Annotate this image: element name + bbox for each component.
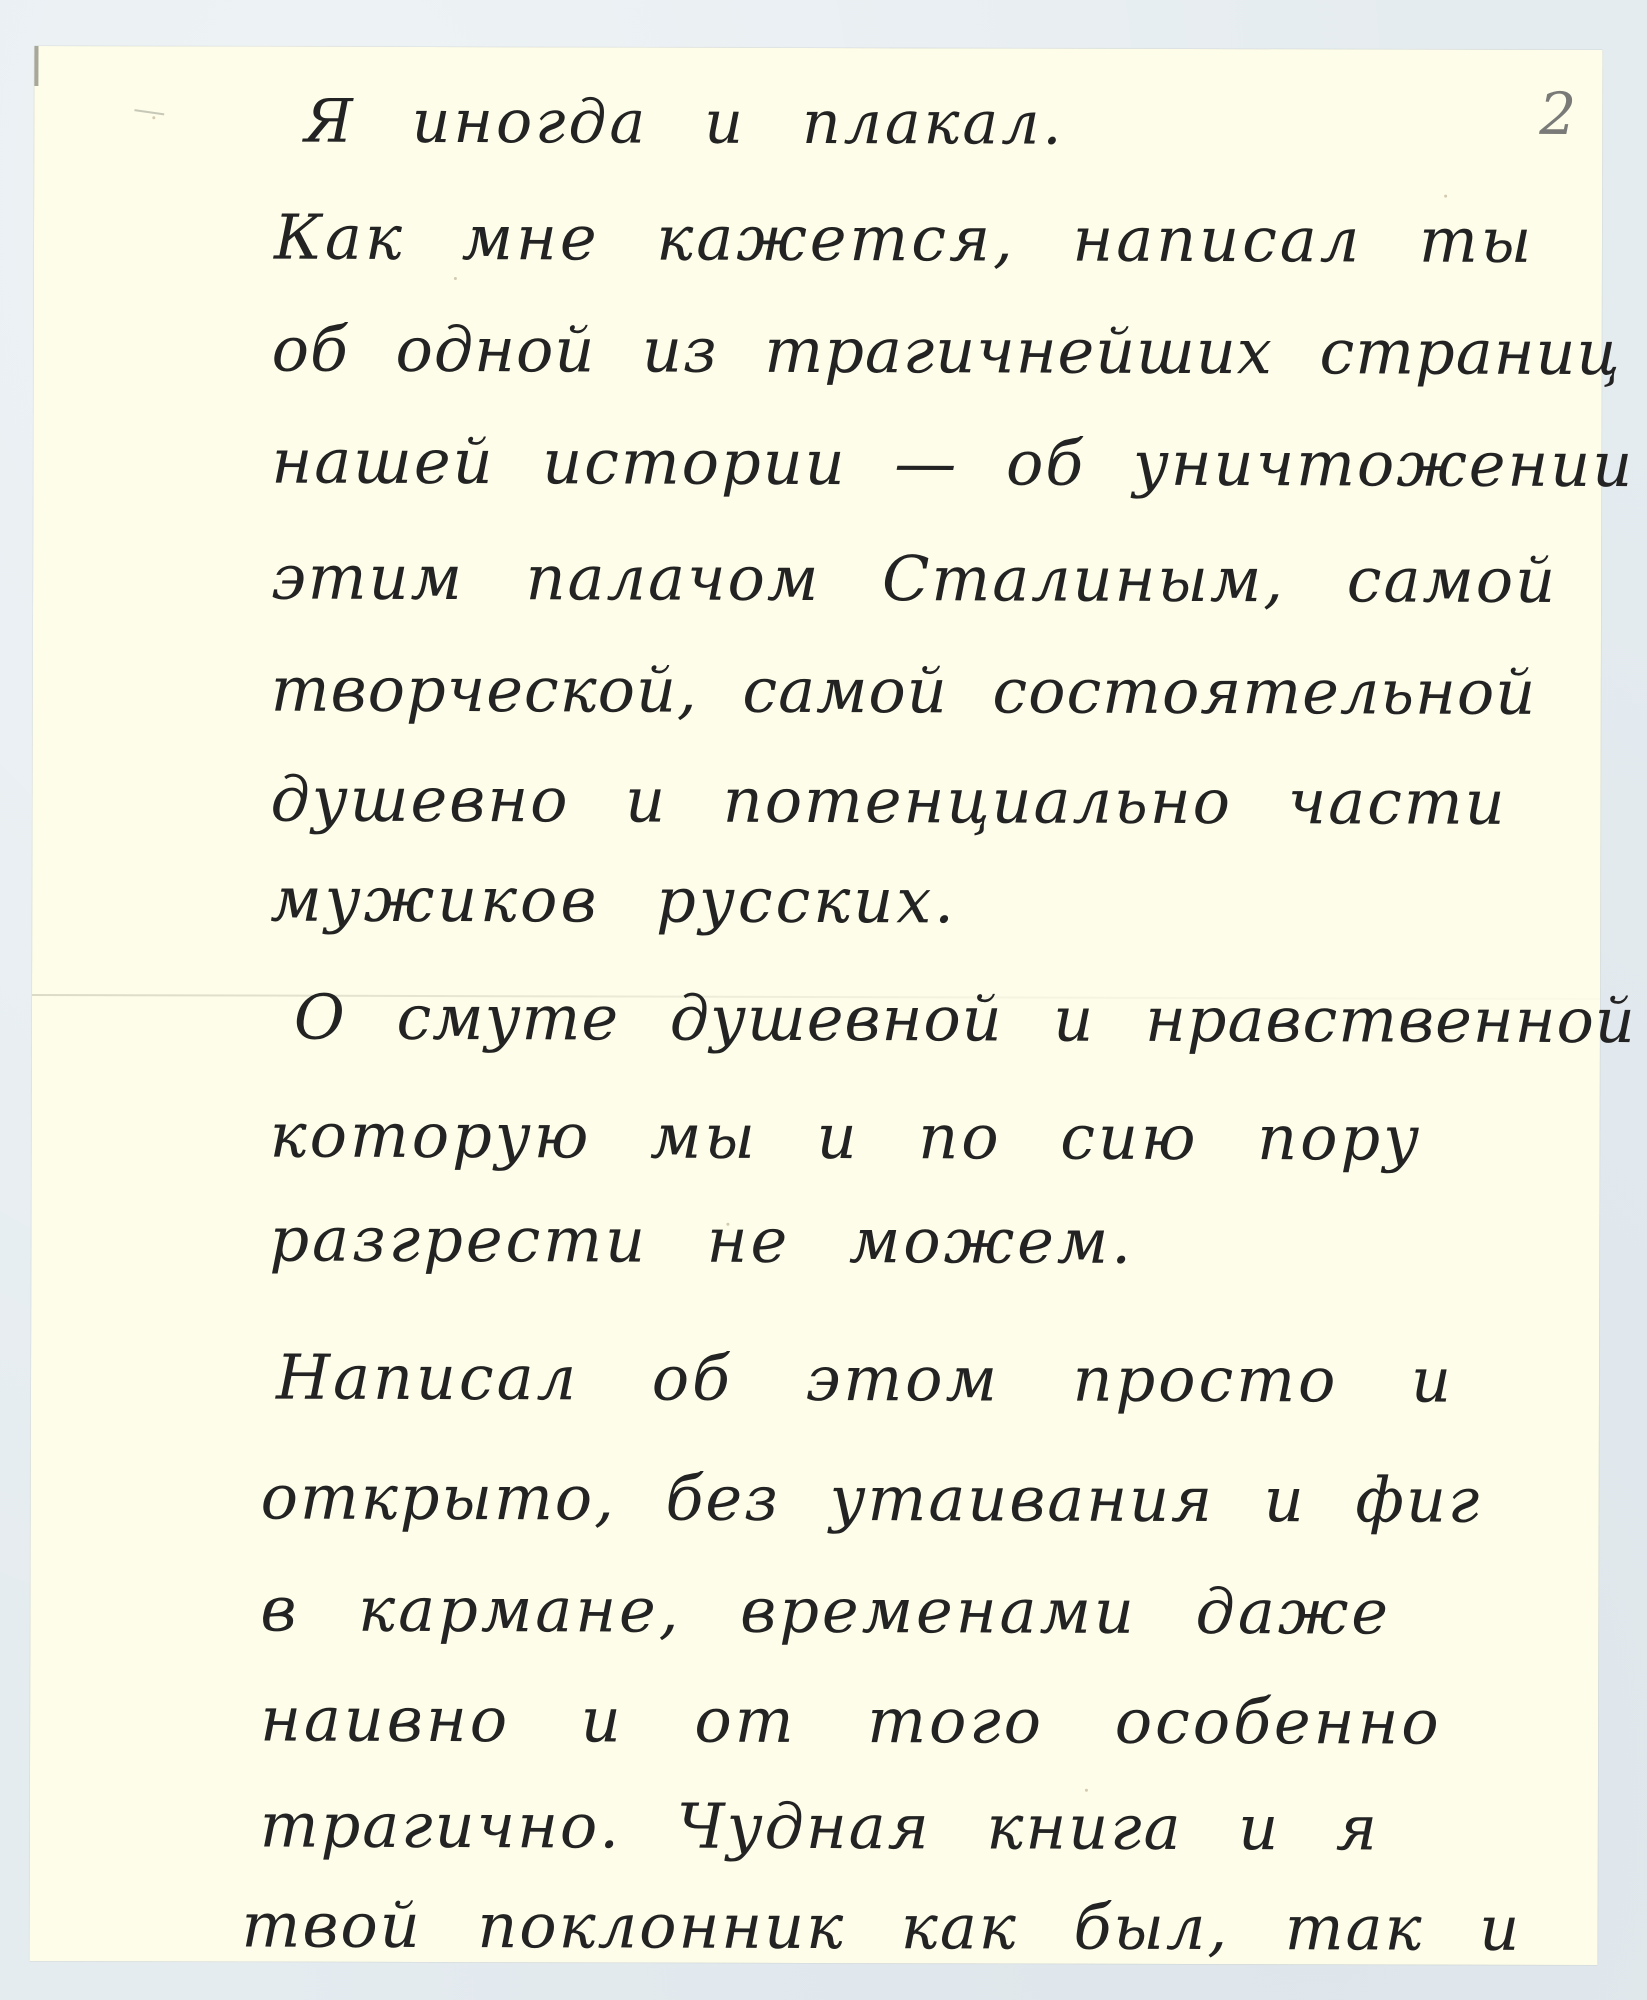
paper-speck — [152, 116, 155, 119]
page-number: 2 — [1539, 85, 1576, 143]
handwritten-line: О смуте душевной и нравственной — [294, 987, 1636, 1053]
handwritten-line: разгрести не можем. — [269, 1209, 1134, 1273]
handwritten-line: об одной из трагичнейших страниц — [272, 319, 1621, 385]
margin-pencil-mark — [134, 109, 164, 115]
handwritten-line: твой поклонник как был, так и — [242, 1894, 1522, 1959]
handwritten-line: в кармане, временами даже — [260, 1579, 1391, 1644]
paper-speck — [726, 1223, 729, 1226]
handwritten-line: творческой, самой состоятельной — [271, 659, 1537, 724]
paper-speck — [1085, 1789, 1088, 1792]
handwritten-line: этим палачом Сталиным, самой — [271, 547, 1557, 612]
handwritten-line: мужиков русских. — [270, 869, 957, 933]
handwritten-line: Написал об этом просто и — [276, 1347, 1454, 1412]
handwritten-line: Я иногда и плакал. — [304, 92, 1064, 154]
handwritten-line: трагично. Чудная книга и я — [260, 1795, 1379, 1860]
handwritten-line: которую мы и по сию пору — [270, 1105, 1423, 1170]
paper-speck — [1444, 195, 1447, 198]
handwritten-line: наивно и от того особенно — [260, 1689, 1442, 1754]
paper-speck — [454, 277, 457, 280]
handwritten-line: открыто, без утаивания и фиг — [261, 1467, 1482, 1532]
handwritten-line: Как мне кажется, написал ты — [274, 207, 1534, 272]
letter-page: 2 Я иногда и плакал. Как мне кажется, на… — [29, 46, 1602, 1965]
handwritten-line: нашей истории — об уничтожении — [271, 431, 1634, 497]
handwritten-line: душевно и потенциально части — [270, 769, 1506, 834]
